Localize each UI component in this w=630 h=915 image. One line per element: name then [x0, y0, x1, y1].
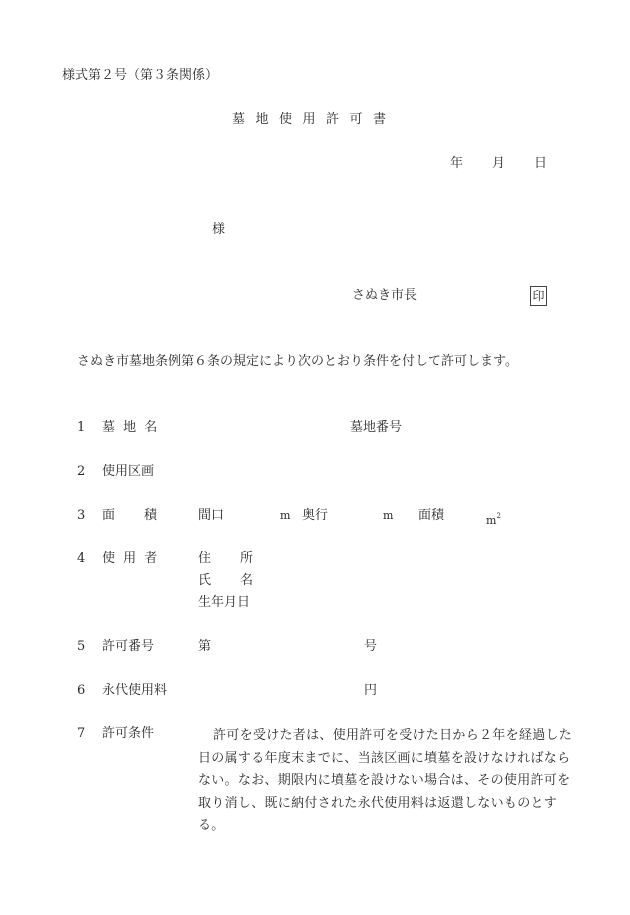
frontage-label: 間口: [198, 507, 224, 525]
date-day: 日: [534, 155, 547, 173]
unit-meter: m: [280, 507, 290, 525]
document-title: 墓地使用許可書: [232, 111, 397, 129]
unit-meter: m: [383, 507, 393, 525]
cemetery-number-label: 墓地番号: [350, 419, 402, 437]
item-number: 5: [77, 638, 85, 656]
item-label-area-a: 面: [102, 507, 115, 525]
issuer-name: さぬき市長: [352, 287, 417, 305]
item-label-conditions: 許可条件: [102, 725, 154, 743]
item-label-permit-number: 許可番号: [102, 638, 154, 656]
item-number: 1: [77, 419, 85, 437]
birthdate-label: 生年月日: [198, 594, 250, 612]
depth-label: 奥行: [302, 507, 328, 525]
item-number: 4: [77, 550, 85, 568]
item-number: 3: [77, 507, 85, 525]
item-label-user: 使 用 者: [102, 550, 159, 568]
addressee-suffix: 様: [212, 221, 225, 239]
name-label-a: 氏: [198, 572, 211, 590]
yen-suffix: 円: [364, 682, 377, 700]
item-number: 7: [77, 725, 85, 743]
item-label-perpetual-fee: 永代使用料: [102, 682, 167, 700]
permit-conditions-text: 許可を受けた者は、使用許可を受けた日から２年を経過した日の属する年度末までに、当…: [198, 725, 580, 838]
item-label-area-b: 積: [144, 507, 157, 525]
item-label-plot: 使用区画: [102, 463, 154, 481]
seal-mark: 印: [530, 286, 547, 306]
name-label-b: 名: [240, 572, 253, 590]
permit-number-suffix: 号: [364, 638, 377, 656]
item-number: 2: [77, 463, 85, 481]
form-number: 様式第２号（第３条関係）: [62, 67, 218, 85]
address-label-a: 住: [198, 550, 211, 568]
intro-text: さぬき市墓地条例第６条の規定により次のとおり条件を付して許可します。: [77, 353, 518, 371]
area-label: 面積: [418, 507, 444, 525]
permit-number-prefix: 第: [198, 638, 211, 656]
date-month: 月: [492, 155, 505, 173]
address-label-b: 所: [240, 550, 253, 568]
item-number: 6: [77, 682, 85, 700]
date-year: 年: [450, 155, 463, 173]
item-label-cemetery-name: 墓 地 名: [102, 419, 159, 437]
unit-square-meter: m2: [486, 507, 501, 530]
